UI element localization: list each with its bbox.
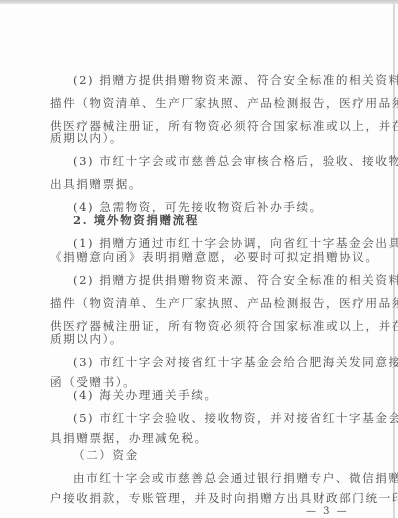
- paragraph-line: 由市红十字会或市慈善总会通过银行捐赠专户、微信捐赠账: [73, 471, 350, 485]
- paragraph-line: 函（受赠书）。: [50, 375, 350, 389]
- paragraph-line: 《捐赠意向函》表明捐赠意愿，必要时可拟定捐赠协议。: [50, 250, 350, 264]
- paragraph-line: (1) 捐赠方通过市红十字会协调，向省红十字基金会出具: [73, 236, 350, 250]
- paragraph-line: 户接收捐款，专账管理，并及时向捐赠方出具财政部门统一印制: [50, 491, 350, 505]
- page-number: — 3 —: [306, 506, 349, 518]
- paragraph-line: (4) 急需物资，可先接收物资后补办手续。: [73, 200, 350, 214]
- section-heading: （二）资金: [73, 448, 350, 462]
- paragraph-line: (3) 市红十字会对接省红十字基金会给合肥海关发同意接收: [73, 355, 350, 369]
- paragraph-line: 描件（物资清单、生产厂家执照、产品检测报告，医疗用品须提: [50, 296, 350, 310]
- paragraph-line: 供医疗器械注册证，所有物资必须符合国家标准或以上，并在保: [50, 319, 350, 333]
- paragraph-line: 具捐赠票据，办理减免税。: [50, 431, 350, 445]
- paragraph-line: (5) 市红十字会验收、接收物资，并对接省红十字基金会出: [73, 411, 350, 425]
- paragraph-line: (2) 捐赠方提供捐赠物资来源、符合安全标准的相关资料扫: [73, 273, 350, 287]
- paragraph-line: 出具捐赠票据。: [50, 177, 350, 191]
- paragraph-line: (2) 捐赠方提供捐赠物资来源、符合安全标准的相关资料扫: [73, 73, 350, 87]
- section-heading: 2. 境外物资捐赠流程: [73, 213, 350, 227]
- document-page: (2) 捐赠方提供捐赠物资来源、符合安全标准的相关资料扫 描件（物资清单、生产厂…: [0, 0, 398, 518]
- paragraph-line: (4) 海关办理通关手续。: [73, 388, 350, 402]
- paragraph-line: 质期以内）。: [50, 332, 350, 346]
- paragraph-line: 质期以内）。: [50, 131, 350, 145]
- paragraph-line: 描件（物资清单、生产厂家执照、产品检测报告，医疗用品须提: [50, 96, 350, 110]
- paragraph-line: (3) 市红十字会或市慈善总会审核合格后，验收、接收物资，: [73, 154, 350, 168]
